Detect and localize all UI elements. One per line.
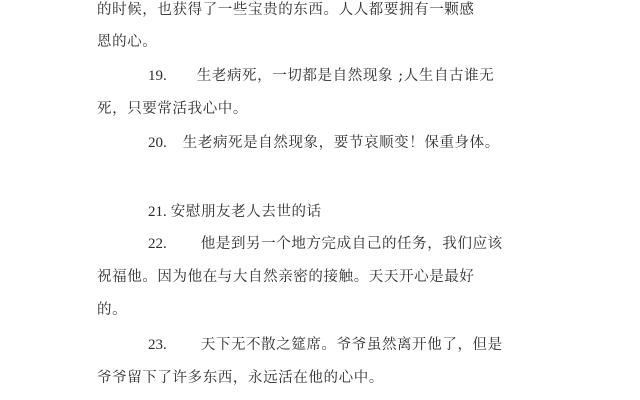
paragraph-18-line-3: 恩的心。 <box>97 32 157 52</box>
item-number: 21. <box>148 202 167 222</box>
paragraph-20: 20.生老病死是自然现象，要节哀顺变！保重身体。 <box>148 133 500 153</box>
item-number: 20. <box>148 133 167 153</box>
heading-text: 安慰朋友老人去世的话 <box>171 204 322 220</box>
line-text: 他是到另一个地方完成自己的任务，我们应该 <box>201 236 503 252</box>
item-number: 19. <box>148 66 167 86</box>
paragraph-23-line-2: 爷爷留下了许多东西，永远活在他的心中。 <box>97 368 384 388</box>
paragraph-22-line-1: 22.他是到另一个地方完成自己的任务，我们应该 <box>148 234 503 254</box>
line-text: 的时候，也获得了一些宝贵的东西。人人都要拥有一颗感 <box>97 2 475 18</box>
paragraph-19-line-2: 死，只要常活我心中。 <box>97 99 248 119</box>
line-text: 生老病死，一切都是自然现象 ;人生自古谁无 <box>197 68 495 84</box>
line-text: 天下无不散之筵席。爷爷虽然离开他了，但是 <box>201 337 503 353</box>
item-number: 22. <box>148 234 167 254</box>
line-text: 恩的心。 <box>97 34 157 50</box>
paragraph-23-line-1: 23.天下无不散之筵席。爷爷虽然离开他了，但是 <box>148 335 503 355</box>
paragraph-18-line-2: 的时候，也获得了一些宝贵的东西。人人都要拥有一颗感 <box>97 0 475 20</box>
paragraph-22-line-2: 祝福他。因为他在与大自然亲密的接触。天天开心是最好 <box>97 267 475 287</box>
line-text: 死，只要常活我心中。 <box>97 101 248 117</box>
paragraph-22-line-3: 的。 <box>97 300 127 320</box>
line-text: 爷爷留下了许多东西，永远活在他的心中。 <box>97 370 384 386</box>
paragraph-19-line-1: 19.生老病死，一切都是自然现象 ;人生自古谁无 <box>148 66 494 86</box>
line-text: 生老病死是自然现象，要节哀顺变！保重身体。 <box>183 135 500 151</box>
item-number: 23. <box>148 335 167 355</box>
line-text: 祝福他。因为他在与大自然亲密的接触。天天开心是最好 <box>97 269 475 285</box>
document-page: 的时候，也获得了一些宝贵的东西。人人都要拥有一颗感 恩的心。 19.生老病死，一… <box>0 0 640 400</box>
heading-21: 21.安慰朋友老人去世的话 <box>148 202 322 222</box>
line-text: 的。 <box>97 302 127 318</box>
